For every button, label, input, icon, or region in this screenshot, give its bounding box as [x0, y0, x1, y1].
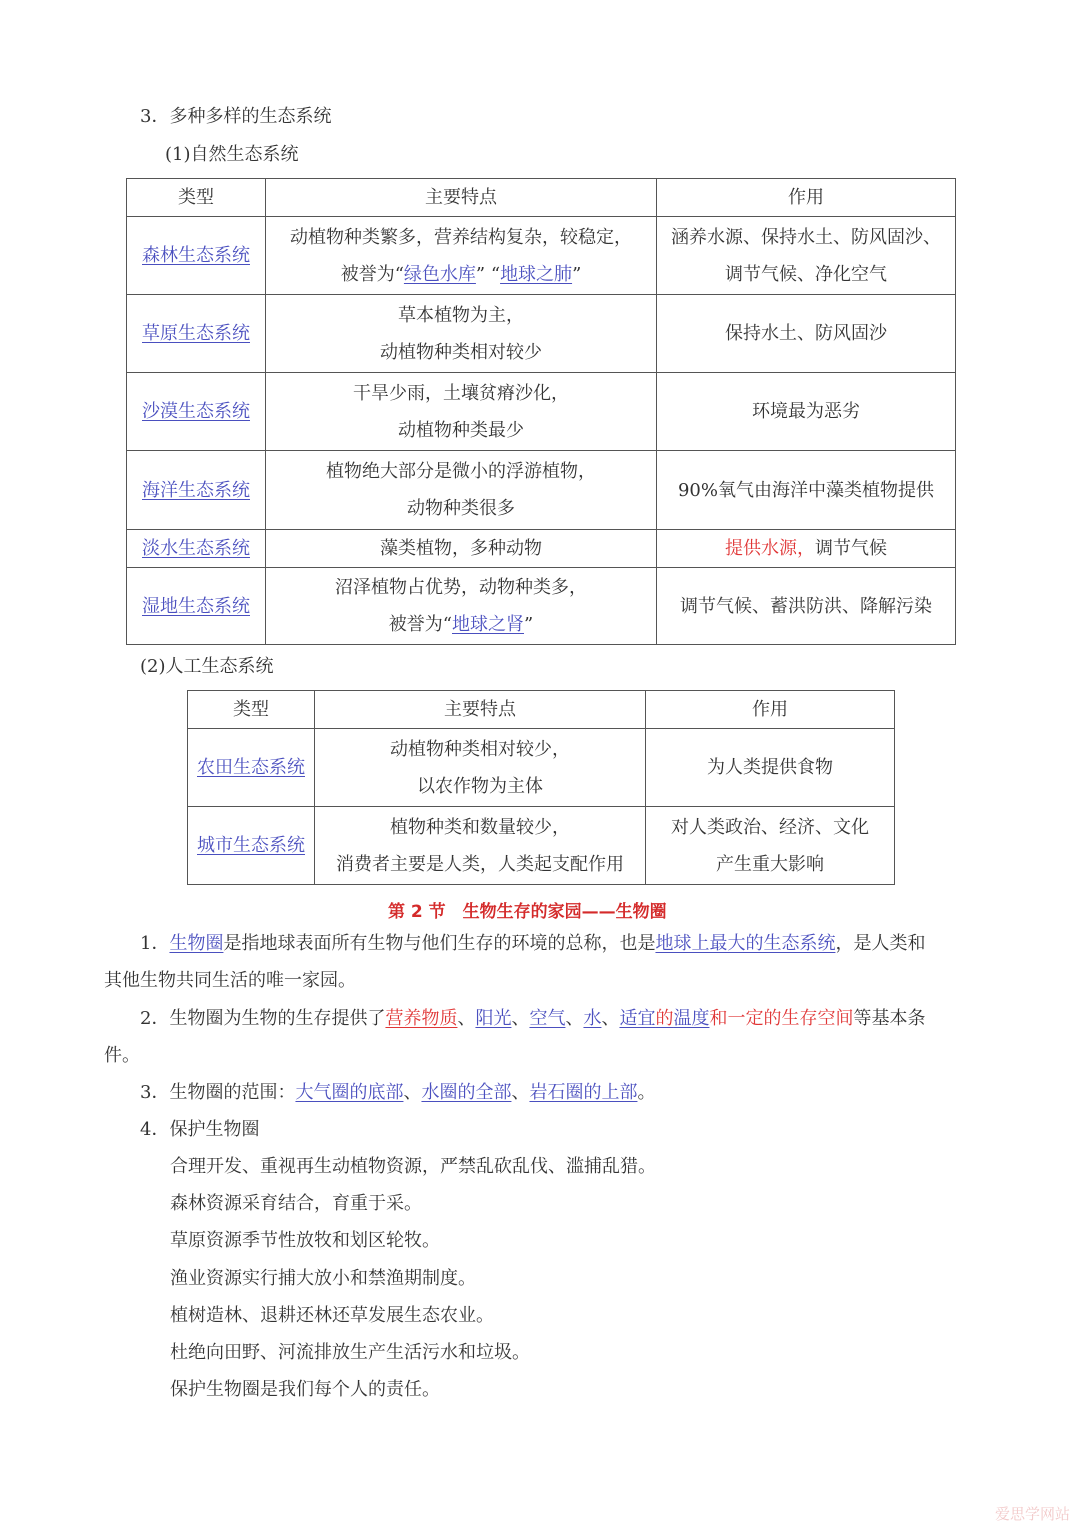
feature-text: 藻类植物，多种动物 — [266, 530, 657, 568]
forest-ecosystem-link[interactable]: 森林生态系统 — [142, 245, 250, 266]
header-feature: 主要特点 — [315, 691, 646, 729]
role-text: 对人类政治、经济、文化 — [646, 809, 894, 846]
artificial-ecosystem-table: 类型 主要特点 作用 农田生态系统 动植物种类相对较少，以农作物为主体 为人类提… — [187, 690, 895, 885]
protection-item: 杜绝向田野、河流排放生产生活污水和垃圾。 — [170, 1334, 530, 1371]
point-text: ，是人类和 — [835, 933, 925, 954]
highlight-text: 和一定的生存空间 — [709, 1008, 853, 1029]
hydrosphere-link[interactable]: 水圈的全部 — [421, 1082, 511, 1103]
feature-text: 以农作物为主体 — [315, 768, 645, 805]
header-type: 类型 — [188, 691, 315, 729]
table-row: 森林生态系统 动植物种类繁多，营养结构复杂，较稳定，被誉为“绿色水库” “地球之… — [127, 217, 956, 295]
earth-kidney-link[interactable]: 地球之肾 — [452, 614, 524, 635]
header-role: 作用 — [646, 691, 895, 729]
table-row: 湿地生态系统 沼泽植物占优势，动物种类多，被誉为“地球之肾” 调节气候、蓄洪防洪… — [127, 568, 956, 645]
table-row: 城市生态系统 植物种类和数量较少，消费者主要是人类，人类起支配作用 对人类政治、… — [188, 807, 895, 885]
point-1-line1: 1．生物圈是指地球表面所有生物与他们生存的环境的总称，也是地球上最大的生态系统，… — [140, 925, 925, 962]
header-role: 作用 — [657, 179, 956, 217]
role-text: 保持水土、防风固沙 — [657, 295, 956, 373]
point-text: 生物圈的范围： — [169, 1082, 295, 1103]
feature-text: 植物绝大部分是微小的浮游植物， — [266, 453, 656, 490]
freshwater-ecosystem-link[interactable]: 淡水生态系统 — [142, 538, 250, 559]
point-number: 1． — [140, 933, 169, 954]
protection-item: 草原资源季节性放牧和划区轮牧。 — [170, 1222, 440, 1259]
table-header-row: 类型 主要特点 作用 — [188, 691, 895, 729]
table-row: 草原生态系统 草本植物为主，动植物种类相对较少 保持水土、防风固沙 — [127, 295, 956, 373]
atmosphere-bottom-link[interactable]: 大气圈的底部 — [295, 1082, 403, 1103]
feature-text: 被誉为“ — [389, 614, 452, 635]
protection-item: 森林资源采育结合，育重于采。 — [170, 1185, 422, 1222]
point-text: 保护生物圈 — [169, 1119, 259, 1140]
link-part: 适宜 — [619, 1008, 655, 1029]
feature-text: 消费者主要是人类，人类起支配作用 — [315, 846, 645, 883]
point-3: 3．生物圈的范围：大气圈的底部、水圈的全部、岩石圈的上部。 — [140, 1074, 655, 1111]
separator: 、 — [565, 1008, 583, 1029]
table-row: 淡水生态系统 藻类植物，多种动物 提供水源，调节气候 — [127, 530, 956, 568]
role-text: 产生重大影响 — [646, 846, 894, 883]
role-text: 环境最为恶劣 — [657, 373, 956, 451]
table-row: 海洋生态系统 植物绝大部分是微小的浮游植物，动物种类很多 90%氧气由海洋中藻类… — [127, 451, 956, 530]
header-type: 类型 — [127, 179, 266, 217]
feature-text: 动植物种类相对较少， — [315, 731, 645, 768]
feature-text: ” “ — [476, 264, 500, 285]
air-link[interactable]: 空气 — [529, 1008, 565, 1029]
earth-lung-link[interactable]: 地球之肺 — [500, 264, 572, 285]
feature-text: 被誉为“ — [341, 264, 404, 285]
table-header-row: 类型 主要特点 作用 — [127, 179, 956, 217]
point-2-line1: 2．生物圈为生物的生存提供了营养物质、阳光、空气、水、适宜的温度和一定的生存空间… — [140, 1000, 925, 1037]
feature-text: 沼泽植物占优势，动物种类多， — [266, 569, 656, 606]
protection-item: 合理开发、重视再生动植物资源，严禁乱砍乱伐、滥捕乱猎。 — [170, 1148, 656, 1185]
feature-text: 动植物种类相对较少 — [266, 334, 656, 371]
link-part: 的 — [655, 1008, 673, 1029]
link-part: 温度 — [673, 1008, 709, 1029]
role-highlight: 提供水源， — [725, 538, 815, 559]
protection-item: 保护生物圈是我们每个人的责任。 — [170, 1371, 440, 1408]
grassland-ecosystem-link[interactable]: 草原生态系统 — [142, 323, 250, 344]
table-row: 农田生态系统 动植物种类相对较少，以农作物为主体 为人类提供食物 — [188, 729, 895, 807]
watermark: 爱思学网站 — [995, 1503, 1070, 1524]
header-feature: 主要特点 — [266, 179, 657, 217]
feature-text: ” — [572, 264, 581, 285]
desert-ecosystem-link[interactable]: 沙漠生态系统 — [142, 401, 250, 422]
natural-ecosystem-table: 类型 主要特点 作用 森林生态系统 动植物种类繁多，营养结构复杂，较稳定，被誉为… — [126, 178, 956, 645]
role-text: 调节气候、净化空气 — [657, 256, 955, 293]
water-link[interactable]: 水 — [583, 1008, 601, 1029]
suitable-temperature-link[interactable]: 适宜的温度 — [619, 1008, 709, 1029]
farmland-ecosystem-link[interactable]: 农田生态系统 — [197, 757, 305, 778]
sunlight-link[interactable]: 阳光 — [475, 1008, 511, 1029]
ocean-ecosystem-link[interactable]: 海洋生态系统 — [142, 480, 250, 501]
point-number: 4． — [140, 1119, 169, 1140]
separator: 、 — [457, 1008, 475, 1029]
biosphere-link[interactable]: 生物圈 — [169, 933, 223, 954]
lithosphere-top-link[interactable]: 岩石圈的上部 — [529, 1082, 637, 1103]
largest-ecosystem-link[interactable]: 地球上最大的生态系统 — [655, 933, 835, 954]
role-text: 调节气候 — [815, 538, 887, 559]
point-text: 生物圈为生物的生存提供了 — [169, 1008, 385, 1029]
separator: 、 — [511, 1082, 529, 1103]
feature-text: 动植物种类繁多，营养结构复杂，较稳定， — [266, 219, 656, 256]
point-number: 3． — [140, 1082, 169, 1103]
point-1-line2: 其他生物共同生活的唯一家园。 — [104, 962, 356, 999]
artificial-subtitle: (2)人工生态系统 — [140, 652, 274, 678]
feature-text: 植物种类和数量较少， — [315, 809, 645, 846]
role-text: 为人类提供食物 — [646, 729, 895, 807]
point-text: 等基本条 — [853, 1008, 925, 1029]
city-ecosystem-link[interactable]: 城市生态系统 — [197, 835, 305, 856]
role-text: 90%氧气由海洋中藻类植物提供 — [657, 451, 956, 530]
role-text: 涵养水源、保持水土、防风固沙、 — [657, 219, 955, 256]
separator: 。 — [637, 1082, 655, 1103]
green-reservoir-link[interactable]: 绿色水库 — [404, 264, 476, 285]
separator: 、 — [601, 1008, 619, 1029]
feature-text: 草本植物为主， — [266, 297, 656, 334]
protection-item: 植树造林、退耕还林还草发展生态农业。 — [170, 1297, 494, 1334]
table-row: 沙漠生态系统 干旱少雨，土壤贫瘠沙化，动植物种类最少 环境最为恶劣 — [127, 373, 956, 451]
section-heading: 第 2 节 生物生存的家园——生物圈 — [388, 897, 667, 922]
point-2-line2: 件。 — [104, 1037, 140, 1074]
role-text: 调节气候、蓄洪防洪、降解污染 — [657, 568, 956, 645]
point-text: 是指地球表面所有生物与他们生存的环境的总称，也是 — [223, 933, 655, 954]
separator: 、 — [511, 1008, 529, 1029]
feature-text: ” — [524, 614, 533, 635]
feature-text: 干旱少雨，土壤贫瘠沙化， — [266, 375, 656, 412]
feature-text: 动物种类很多 — [266, 490, 656, 527]
protection-item: 渔业资源实行捕大放小和禁渔期制度。 — [170, 1260, 476, 1297]
section-title: 3．多种多样的生态系统 — [140, 102, 331, 128]
point-number: 2． — [140, 1008, 169, 1029]
nutrients-link[interactable]: 营养物质 — [385, 1008, 457, 1029]
wetland-ecosystem-link[interactable]: 湿地生态系统 — [142, 596, 250, 617]
natural-subtitle: (1)自然生态系统 — [165, 140, 299, 166]
feature-text: 动植物种类最少 — [266, 412, 656, 449]
separator: 、 — [403, 1082, 421, 1103]
point-4-title: 4．保护生物圈 — [140, 1111, 259, 1148]
